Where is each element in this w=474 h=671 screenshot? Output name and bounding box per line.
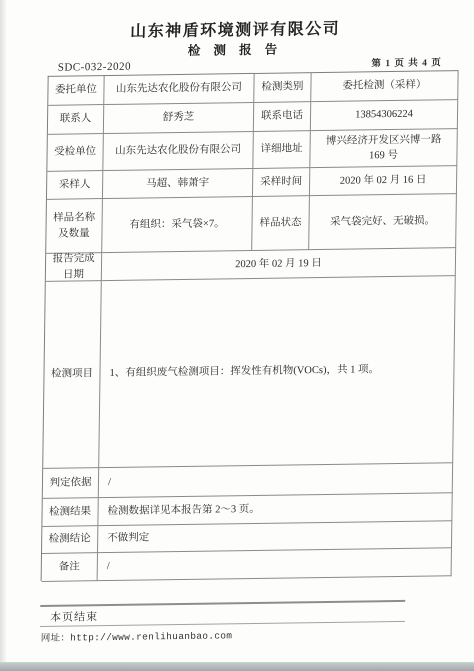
label-cell: 样品状态	[252, 196, 310, 251]
paper: 山东神盾环境测评有限公司 检 测 报 告 SDC-032-2020 第 1 页 …	[0, 0, 474, 671]
value-cell: /	[98, 548, 452, 581]
label-cell: 受检单位	[47, 134, 104, 172]
label-cell: 联系人	[48, 105, 104, 135]
value-cell: 博兴经济开发区兴博一路 169 号	[310, 129, 458, 168]
scanned-report-page: 山东神盾环境测评有限公司 检 测 报 告 SDC-032-2020 第 1 页 …	[0, 0, 474, 671]
row-sample-name: 样品名称及数量 有组织：采气袋×7。 样品状态 采气袋完好、无破损。	[46, 194, 457, 254]
label-cell: 详细地址	[253, 131, 311, 169]
page-indicator: 第 1 页 共 4 页	[371, 54, 442, 69]
label-cell: 采样时间	[253, 168, 310, 197]
footer-divider-top	[40, 600, 405, 607]
value-cell: 1、有组织废气检测项目：挥发性有机物(VOCs)，共 1 项。	[99, 276, 456, 468]
value-cell: 舒秀芝	[104, 103, 254, 134]
scanner-edge-band	[0, 662, 474, 671]
value-cell: 13854306224	[311, 100, 458, 131]
value-cell: 山东先达农化股份有限公司	[103, 132, 254, 171]
label-cell: 判定依据	[43, 468, 99, 499]
row-test-items: 检测项目 1、有组织废气检测项目：挥发性有机物(VOCs)，共 1 项。	[43, 276, 456, 469]
label-cell: 报告完成日期	[46, 253, 102, 282]
value-cell: 采气袋完好、无破损。	[309, 194, 457, 250]
value-cell: 马超、韩萧宇	[103, 169, 253, 199]
label-cell: 采样人	[47, 171, 103, 200]
value-cell: 有组织：采气袋×7。	[102, 197, 253, 253]
label-cell: 委托单位	[48, 76, 104, 106]
report-table: 委托单位 山东先达农化股份有限公司 检测类别 委托检测（采样） 联系人 舒秀芝 …	[41, 70, 459, 581]
row-remarks: 备注 /	[42, 548, 452, 582]
label-cell: 备注	[42, 553, 98, 582]
value-cell: 委托检测（采样）	[311, 71, 458, 102]
website-url: 网址：http://www.renlihuanbao.com	[41, 627, 233, 644]
label-cell: 检测结果	[42, 498, 98, 527]
value-cell: /	[99, 463, 453, 498]
value-cell: 2020 年 02 月 16 日	[310, 166, 457, 196]
label-cell: 联系电话	[254, 102, 311, 132]
label-cell: 检测结论	[42, 526, 98, 554]
label-cell: 检测类别	[254, 73, 311, 103]
label-cell: 样品名称及数量	[46, 199, 103, 254]
row-inspected-unit: 受检单位 山东先达农化股份有限公司 详细地址 博兴经济开发区兴博一路 169 号	[47, 129, 457, 172]
value-cell: 山东先达农化股份有限公司	[104, 74, 254, 105]
report-number: SDC-032-2020	[58, 61, 131, 74]
label-cell: 检测项目	[43, 281, 102, 469]
end-of-page-note: 本页结束	[50, 608, 98, 625]
